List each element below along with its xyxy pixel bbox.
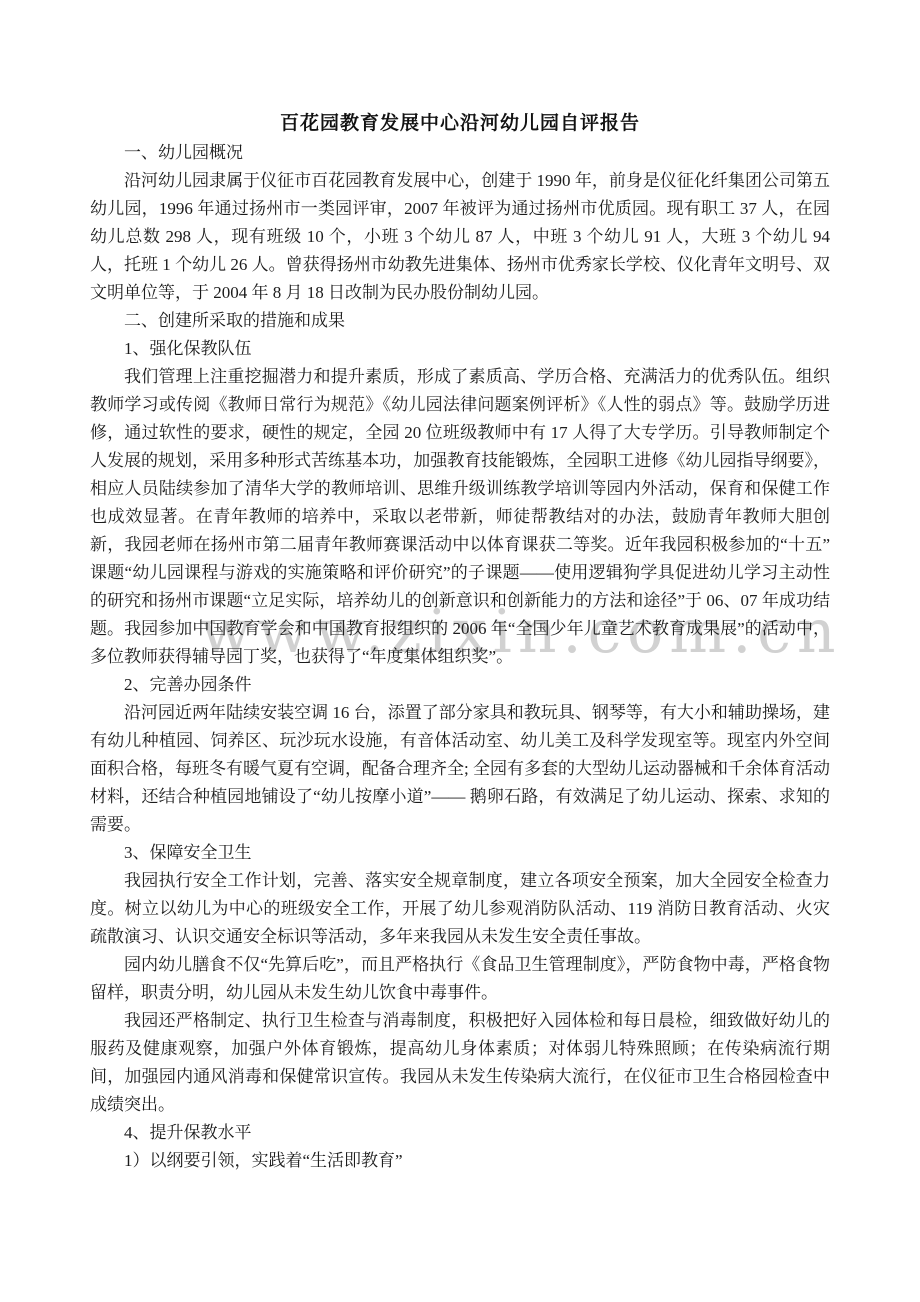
paragraph: 我们管理上注重挖掘潜力和提升素质，形成了素质高、学历合格、充满活力的优秀队伍。组… <box>90 363 830 671</box>
section-heading: 4、提升保教水平 <box>90 1119 830 1147</box>
section-heading: 2、完善办园条件 <box>90 671 830 699</box>
section-heading: 二、创建所采取的措施和成果 <box>90 307 830 335</box>
paragraph: 沿河幼儿园隶属于仪征市百花园教育发展中心，创建于 1990 年，前身是仪征化纤集… <box>90 167 830 307</box>
section-heading: 1）以纲要引领，实践着“生活即教育” <box>90 1147 830 1175</box>
section-heading: 3、保障安全卫生 <box>90 839 830 867</box>
document-body: 一、幼儿园概况沿河幼儿园隶属于仪征市百花园教育发展中心，创建于 1990 年，前… <box>90 139 830 1175</box>
document-title: 百花园教育发展中心沿河幼儿园自评报告 <box>90 108 830 135</box>
document-page: www.zixin.com.cn 百花园教育发展中心沿河幼儿园自评报告 一、幼儿… <box>0 0 920 1302</box>
paragraph: 我园执行安全工作计划，完善、落实安全规章制度，建立各项安全预案，加大全园安全检查… <box>90 867 830 951</box>
section-heading: 1、强化保教队伍 <box>90 335 830 363</box>
section-heading: 一、幼儿园概况 <box>90 139 830 167</box>
paragraph: 沿河园近两年陆续安装空调 16 台，添置了部分家具和教玩具、钢琴等，有大小和辅助… <box>90 699 830 839</box>
paragraph: 我园还严格制定、执行卫生检查与消毒制度，积极把好入园体检和每日晨检，细致做好幼儿… <box>90 1007 830 1119</box>
paragraph: 园内幼儿膳食不仅“先算后吃”，而且严格执行《食品卫生管理制度》，严防食物中毒，严… <box>90 951 830 1007</box>
